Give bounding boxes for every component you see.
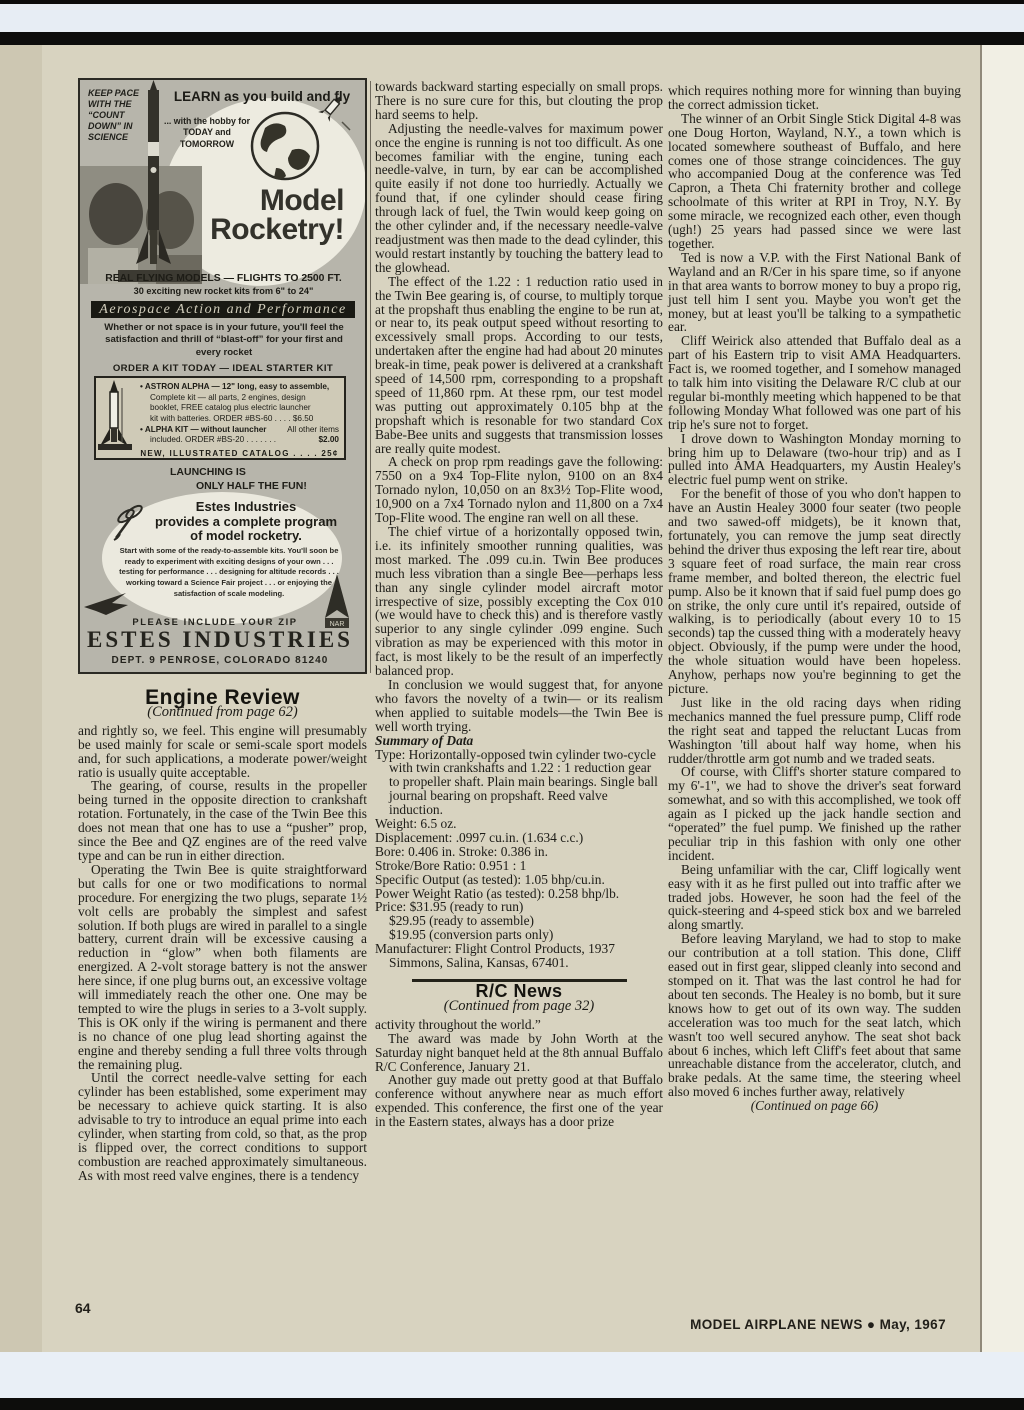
paragraph: The award was made by John Worth at the … (375, 1032, 663, 1074)
astron-detail-line: booklet, FREE catalog plus electric laun… (140, 403, 339, 414)
spec-line: Weight: 6.5 oz. (375, 817, 663, 831)
rc-news-title: R/C News (375, 985, 663, 999)
paragraph: and rightly so, we feel. This engine wil… (78, 724, 367, 780)
zip-line: PLEASE INCLUDE YOUR ZIP (90, 616, 340, 627)
estes-head-line1: Estes Industries (132, 500, 360, 515)
spec-line: Specific Output (as tested): 1.05 bhp/cu… (375, 873, 663, 887)
estes-industries-ad: KEEP PACE WITH THE “COUNT DOWN” IN SCIEN… (78, 78, 367, 674)
column-middle: towards backward starting especially on … (375, 80, 663, 1129)
launching-line1: LAUNCHING IS (170, 466, 246, 478)
spec-line: $19.95 (conversion parts only) (375, 928, 663, 942)
spec-line: Manufacturer: Flight Control Products, 1… (375, 942, 663, 970)
page-left-edge (0, 45, 42, 1352)
estes-heading: Estes Industries provides a complete pro… (132, 500, 360, 544)
footer-magazine-title: MODEL AIRPLANE NEWS ● May, 1967 (690, 1317, 946, 1332)
paragraph: Cliff Weirick also attended that Buffalo… (668, 334, 961, 431)
ad-real-flying-line: REAL FLYING MODELS — FLIGHTS TO 2500 FT. (86, 273, 361, 284)
alpha-order-line: included. ORDER #BS-20 . . . . . . . (150, 435, 276, 446)
paragraph: Adjusting the needle-valves for maximum … (375, 122, 663, 275)
scan-shadow-bottom (0, 1398, 1024, 1410)
paragraph: I drove down to Washington Monday mornin… (668, 432, 961, 488)
paragraph: The gearing, of course, results in the p… (78, 779, 367, 862)
astron-detail-line: Complete kit — all parts, 2 engines, des… (140, 393, 339, 404)
scan-shadow-top (0, 32, 1024, 45)
column-right: which requires nothing more for winning … (668, 84, 961, 1113)
paragraph: The effect of the 1.22 : 1 reduction rat… (375, 275, 663, 456)
estes-program-text: Start with some of the ready-to-assemble… (116, 546, 342, 599)
spec-line: Bore: 0.406 in. Stroke: 0.386 in. (375, 845, 663, 859)
alpha-price: $2.00 (319, 435, 340, 446)
page-number: 64 (75, 1300, 91, 1316)
launching-line2: ONLY HALF THE FUN! (196, 480, 307, 492)
paragraph: towards backward starting especially on … (375, 80, 663, 122)
paragraph: Until the correct needle-valve setting f… (78, 1071, 367, 1182)
paragraph: A check on prop rpm readings gave the fo… (375, 455, 663, 525)
column-divider-rule (370, 81, 371, 673)
estes-head-line3: of model rocketry. (132, 529, 360, 544)
page-right-edge (980, 45, 1024, 1352)
scan-edge-band-bottom (0, 1352, 1024, 1398)
alpha-kit-line: • ALPHA KIT — without launcher (140, 425, 266, 436)
engine-review-continued: (Continued from page 62) (78, 706, 367, 720)
paragraph: Of course, with Cliff's shorter stature … (668, 765, 961, 862)
paragraph: Before leaving Maryland, we had to stop … (668, 932, 961, 1099)
estes-address: DEPT. 9 PENROSE, COLORADO 81240 (80, 655, 360, 666)
spec-line: Price: $31.95 (ready to run) (375, 900, 663, 914)
magazine-page: KEEP PACE WITH THE “COUNT DOWN” IN SCIEN… (0, 45, 1024, 1354)
paragraph: The chief virtue of a horizontally oppos… (375, 525, 663, 678)
alpha-kit-note: All other items (287, 425, 339, 436)
spec-line: Type: Horizontally-opposed twin cylinder… (375, 748, 663, 818)
astron-detail-line: kit with batteries. ORDER #BS-60 . . . .… (140, 414, 339, 425)
paragraph: The winner of an Orbit Single Stick Digi… (668, 112, 961, 251)
spec-line: $29.95 (ready to assemble) (375, 914, 663, 928)
ad-learn-headline: LEARN as you build and fly (164, 89, 360, 104)
summary-heading: Summary of Data (375, 734, 663, 748)
paragraph: Being unfamiliar with the car, Cliff log… (668, 863, 961, 933)
launcher-rocket-icon (96, 378, 136, 458)
paragraph: which requires nothing more for winning … (668, 84, 961, 112)
paragraph: Another guy made out pretty good at that… (375, 1073, 663, 1129)
ad-banner: Aerospace Action and Performance (91, 301, 355, 318)
boy-head-silhouette (89, 183, 143, 245)
estes-company-name: ESTES INDUSTRIES (80, 627, 360, 653)
astron-alpha-line: • ASTRON ALPHA — 12" long, easy to assem… (140, 382, 339, 393)
ad-brand-title: Model Rocketry! (198, 186, 344, 245)
continued-on-note: (Continued on page 66) (668, 1099, 961, 1113)
ad-whether-text: Whether or not space is in your future, … (104, 322, 344, 359)
paragraph: In conclusion we would suggest that, for… (375, 678, 663, 734)
ad-kits-line: 30 exciting new rocket kits from 6" to 2… (86, 286, 361, 296)
paragraph: Ted is now a V.P. with the First Nationa… (668, 251, 961, 334)
paragraph: For the benefit of those of you who don'… (668, 487, 961, 696)
rc-news-continued: (Continued from page 32) (375, 1000, 663, 1014)
paragraph: activity throughout the world.” (375, 1018, 663, 1032)
paragraph: Just like in the old racing days when ri… (668, 696, 961, 766)
scan-edge-band-top (0, 4, 1024, 32)
spec-line: Stroke/Bore Ratio: 0.951 : 1 (375, 859, 663, 873)
ad-slogan: KEEP PACE WITH THE “COUNT DOWN” IN SCIEN… (88, 88, 144, 143)
spec-line: Power Weight Ratio (as tested): 0.258 bh… (375, 887, 663, 901)
spec-line: Displacement: .0997 cu.in. (1.634 c.c.) (375, 831, 663, 845)
estes-head-line2: provides a complete program (132, 515, 360, 530)
globe-icon (252, 113, 318, 180)
ad-hobby-lines: ... with the hobby for TODAY and TOMORRO… (164, 116, 250, 150)
ad-order-line: ORDER A KIT TODAY — IDEAL STARTER KIT (90, 363, 356, 374)
magazine-page-scan: KEEP PACE WITH THE “COUNT DOWN” IN SCIEN… (0, 0, 1024, 1410)
column-left: Engine Review (Continued from page 62) a… (78, 691, 367, 1183)
paragraph: Operating the Twin Bee is quite straight… (78, 863, 367, 1072)
catalog-line: NEW, ILLUSTRATED CATALOG . . . . 25¢ (140, 449, 339, 459)
engine-review-title: Engine Review (78, 691, 367, 705)
